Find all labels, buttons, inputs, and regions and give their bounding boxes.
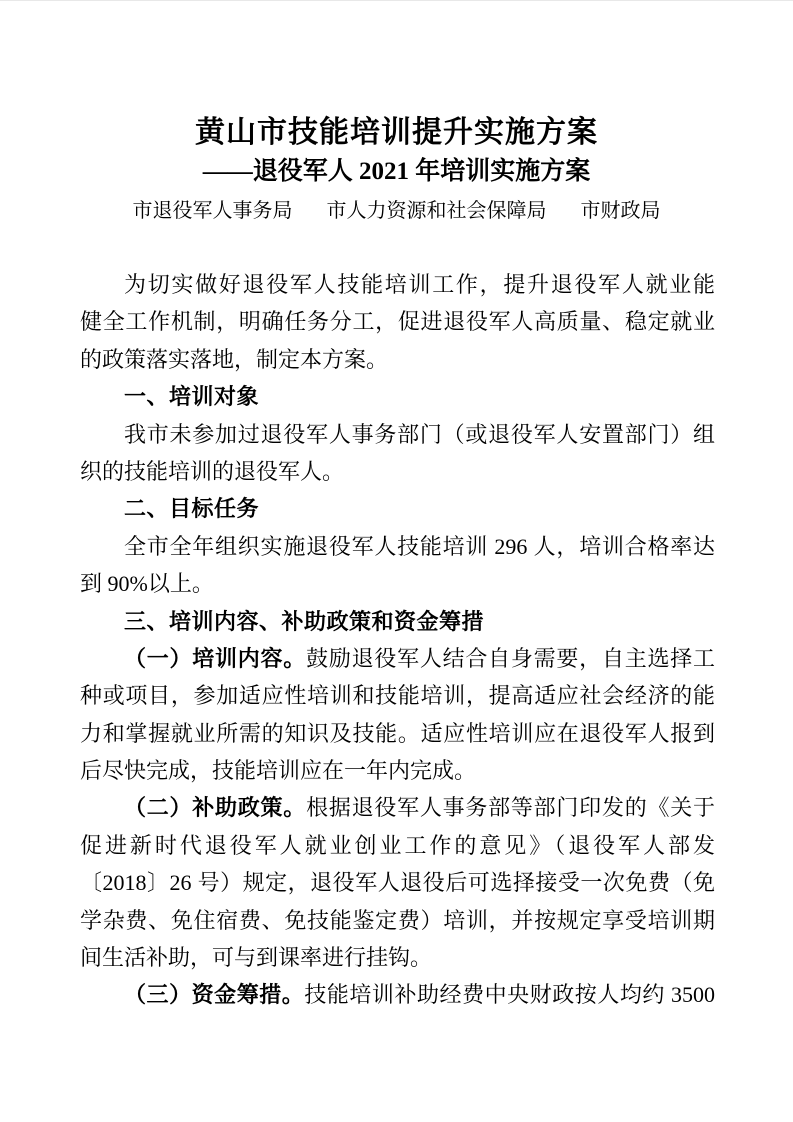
body-line: 学杂费、免住宿费、免技能鉴定费）培训，并按规定享受培训期 bbox=[80, 902, 715, 939]
paragraph-lead: （三）资金筹措。 bbox=[124, 982, 304, 1007]
body-line: 全市全年组织实施退役军人技能培训 296 人，培训合格率达 bbox=[80, 528, 715, 565]
department-name: 市人力资源和社会保障局 bbox=[327, 198, 547, 225]
department-name: 市退役军人事务局 bbox=[133, 198, 293, 225]
body-line: 力和掌握就业所需的知识及技能。适应性培训应在退役军人报到 bbox=[80, 715, 715, 752]
body-line: 〔2018〕26 号）规定，退役军人退役后可选择接受一次免费（免 bbox=[80, 864, 715, 901]
section-heading: 二、目标任务 bbox=[80, 490, 715, 527]
document-title: 黄山市技能培训提升实施方案 bbox=[0, 113, 793, 153]
document-body: 为切实做好退役军人技能培训工作，提升退役军人就业能力，健全工作机制，明确任务分工… bbox=[80, 266, 715, 1014]
section-heading: 一、培训对象 bbox=[80, 378, 715, 415]
issuing-departments: 市退役军人事务局市人力资源和社会保障局市财政局 bbox=[0, 198, 793, 225]
body-line: 后尽快完成，技能培训应在一年内完成。 bbox=[80, 752, 715, 789]
body-line: 健全工作机制，明确任务分工，促进退役军人高质量、稳定就业 bbox=[80, 303, 715, 340]
department-name: 市财政局 bbox=[581, 198, 661, 225]
paragraph-lead: （二）补助政策。 bbox=[124, 795, 306, 820]
section-heading: 三、培训内容、补助政策和资金筹措 bbox=[80, 603, 715, 640]
body-line: 的政策落实落地，制定本方案。 bbox=[80, 341, 715, 378]
body-line: 间生活补助，可与到课率进行挂钩。 bbox=[80, 939, 715, 976]
body-line: （一）培训内容。鼓励退役军人结合自身需要，自主选择工 bbox=[80, 640, 715, 677]
body-line: 为切实做好退役军人技能培训工作，提升退役军人就业能力， bbox=[80, 266, 715, 303]
body-line: （二）补助政策。根据退役军人事务部等部门印发的《关于 bbox=[80, 789, 715, 826]
paragraph-lead: （一）培训内容。 bbox=[124, 646, 306, 671]
body-line: 到 90%以上。 bbox=[80, 565, 715, 602]
body-line: 我市未参加过退役军人事务部门（或退役军人安置部门）组 bbox=[80, 416, 715, 453]
document-subtitle: ——退役军人 2021 年培训实施方案 bbox=[0, 156, 793, 188]
body-line: 促进新时代退役军人就业创业工作的意见》（退役军人部发 bbox=[80, 827, 715, 864]
body-line: （三）资金筹措。技能培训补助经费中央财政按人均约 3500 bbox=[80, 976, 715, 1013]
body-line: 种或项目，参加适应性培训和技能培训，提高适应社会经济的能 bbox=[80, 677, 715, 714]
document-page: 黄山市技能培训提升实施方案 ——退役军人 2021 年培训实施方案 市退役军人事… bbox=[0, 0, 793, 1122]
body-line: 织的技能培训的退役军人。 bbox=[80, 453, 715, 490]
